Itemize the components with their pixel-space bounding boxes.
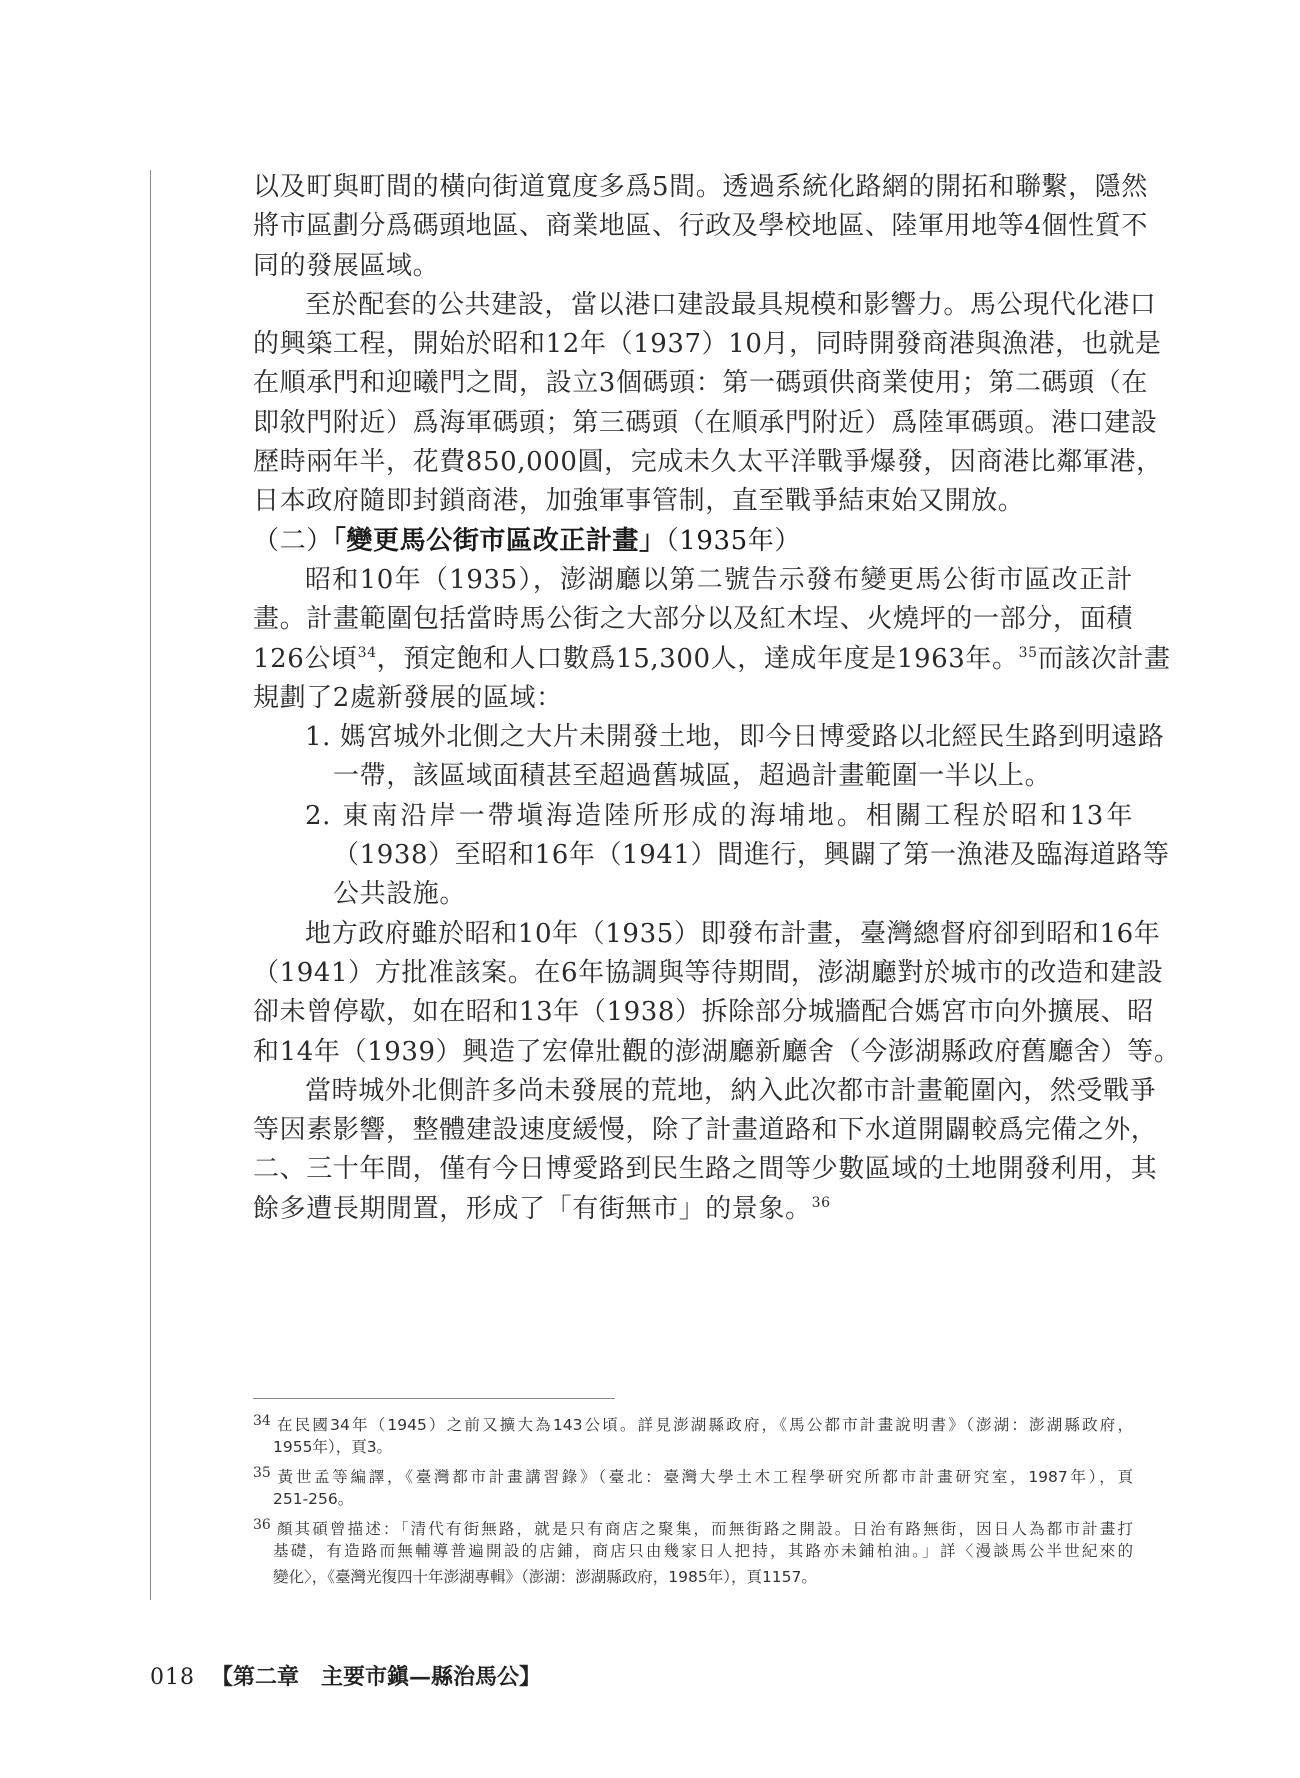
footnote-number: 35 [253,1465,271,1481]
text-line: 至於配套的公共建設，當以港口建設最具規模和影響力。馬公現代化港口 [253,286,1133,325]
footnote-36: 36顏其碩曾描述：「清代有街無路，就是只有商店之聚集，而無街路之開設。日治有路無… [253,1512,1133,1590]
text-line: 等因素影響，整體建設速度緩慢，除了計畫道路和下水道開闢較爲完備之外， [253,1111,1133,1150]
text-run: 126公頃 [253,644,358,674]
text-run: 餘多遭長期閒置，形成了「有街無市」的景象。 [253,1194,812,1224]
footnote-text: 在民國34年（1945）之前又擴大為143公頃。詳見澎湖縣政府，《馬公都市計畫說… [275,1416,1133,1434]
text-line: 規劃了2處新發展的區域： [253,679,1133,718]
footnote-34: 34在民國34年（1945）之前又擴大為143公頃。詳見澎湖縣政府，《馬公都市計… [253,1408,1133,1460]
footnote-ref-34[interactable]: 34 [358,645,377,661]
text-line: 即敘門附近）爲海軍碼頭；第三碼頭（在順承門附近）爲陸軍碼頭。港口建設 [253,404,1133,443]
text-line: 餘多遭長期閒置，形成了「有街無市」的景象。36 [253,1190,1133,1229]
section-heading: （二）「變更馬公街市區改正計畫」（1935年） [253,522,1133,561]
footnote-line: 基礎，有造路而無輔導普遍開設的店鋪，商店只由幾家日人把持，其路亦未鋪柏油。」詳〈… [253,1538,1133,1564]
footnote-ref-35[interactable]: 35 [1019,645,1038,661]
section-number: （二） [253,526,333,556]
paragraph: 當時城外北側許多尚未發展的荒地，納入此次都市計畫範圍內，然受戰爭 等因素影響，整… [253,1072,1133,1229]
footnote-number: 34 [253,1413,271,1429]
text-line: 公共設施。 [253,875,1133,914]
paragraph: 至於配套的公共建設，當以港口建設最具規模和影響力。馬公現代化港口 的興築工程，開… [253,286,1133,522]
text-line: 畫。計畫範圍包括當時馬公街之大部分以及紅木埕、火燒坪的一部分，面積 [253,600,1133,639]
footnote-35: 35黃世孟等編譯，《臺灣都市計畫講習錄》（臺北：臺灣大學土木工程學研究所都市計畫… [253,1460,1133,1512]
text-run: ，預定飽和人口數爲15,300人，達成年度是1963年。 [377,644,1019,674]
footnote-text: 顏其碩曾描述：「清代有街無路，就是只有商店之聚集，而無街路之開設。日治有路無街，… [275,1520,1133,1538]
text-line: 將市區劃分爲碼頭地區、商業地區、行政及學校地區、陸軍用地等4個性質不 [253,207,1133,246]
text-line: 一帶，該區域面積甚至超過舊城區，超過計畫範圍一半以上。 [253,757,1133,796]
footnote-line: 34在民國34年（1945）之前又擴大為143公頃。詳見澎湖縣政府，《馬公都市計… [253,1408,1133,1434]
section-year: （1935年） [666,526,801,556]
footnote-number: 36 [253,1517,271,1533]
text-line: 當時城外北側許多尚未發展的荒地，納入此次都市計畫範圍內，然受戰爭 [253,1072,1133,1111]
footnote-line: 變化〉，《臺灣光復四十年澎湖專輯》（澎湖：澎湖縣政府，1985年），頁1157。 [253,1564,1133,1590]
list-item: 2. 東南沿岸一帶塡海造陸所形成的海埔地。相關工程於昭和13年 （1938）至昭… [253,797,1133,915]
text-line: 卻未曾停歇，如在昭和13年（1938）拆除部分城牆配合媽宮市向外擴展、昭 [253,993,1133,1032]
footnote-line: 35黃世孟等編譯，《臺灣都市計畫講習錄》（臺北：臺灣大學土木工程學研究所都市計畫… [253,1460,1133,1486]
text-run: 而該次計畫 [1038,644,1171,674]
chapter-title: 【第二章 主要市鎭—縣治馬公】 [211,1664,541,1690]
paragraph: 地方政府雖於昭和10年（1935）即發布計畫，臺灣總督府卻到昭和16年 （194… [253,915,1133,1072]
text-line: 2. 東南沿岸一帶塡海造陸所形成的海埔地。相關工程於昭和13年 [253,797,1133,836]
page-footer: 018【第二章 主要市鎭—縣治馬公】 [150,1660,541,1691]
text-line: （1941）方批准該案。在6年協調與等待期間，澎湖廳對於城市的改造和建設 [253,954,1133,993]
text-line: 在順承門和迎曦門之間，設立3個碼頭：第一碼頭供商業使用；第二碼頭（在 [253,364,1133,403]
text-line: 二、三十年間，僅有今日博愛路到民生路之間等少數區域的土地開發利用，其 [253,1150,1133,1189]
text-line: （1938）至昭和16年（1941）間進行，興闢了第一漁港及臨海道路等 [253,836,1133,875]
text-line: 日本政府隨即封鎖商港，加強軍事管制，直至戰爭結束始又開放。 [253,482,1133,521]
footnote-ref-36[interactable]: 36 [812,1195,831,1211]
footnotes: 34在民國34年（1945）之前又擴大為143公頃。詳見澎湖縣政府，《馬公都市計… [253,1408,1133,1590]
numbered-list: 1. 媽宮城外北側之大片未開發土地，即今日博愛路以北經民生路到明遠路 一帶，該區… [253,718,1133,914]
footnote-line: 36顏其碩曾描述：「清代有街無路，就是只有商店之聚集，而無街路之開設。日治有路無… [253,1512,1133,1538]
text-line: 和14年（1939）興造了宏偉壯觀的澎湖廳新廳舍（今澎湖縣政府舊廳舍）等。 [253,1033,1133,1072]
footnote-line: 251-256。 [253,1486,1133,1512]
section-title: 「變更馬公街市區改正計畫」 [333,526,666,556]
text-line: 歷時兩年半，花費850,000圓，完成未久太平洋戰爭爆發，因商港比鄰軍港， [253,443,1133,482]
list-item: 1. 媽宮城外北側之大片未開發土地，即今日博愛路以北經民生路到明遠路 一帶，該區… [253,718,1133,797]
body-text: 以及町與町間的橫向街道寬度多爲5間。透過系統化路網的開拓和聯繫，隱然 將市區劃分… [253,168,1133,1229]
footnote-line: 1955年），頁3。 [253,1434,1133,1460]
text-line: 126公頃34，預定飽和人口數爲15,300人，達成年度是1963年。35而該次… [253,640,1133,679]
text-line: 昭和10年（1935），澎湖廳以第二號告示發布變更馬公街市區改正計 [253,561,1133,600]
text-line: 以及町與町間的橫向街道寬度多爲5間。透過系統化路網的開拓和聯繫，隱然 [253,168,1133,207]
margin-rule [150,170,151,1600]
paragraph: 以及町與町間的橫向街道寬度多爲5間。透過系統化路網的開拓和聯繫，隱然 將市區劃分… [253,168,1133,286]
footnote-rule [253,1398,615,1399]
text-line: 1. 媽宮城外北側之大片未開發土地，即今日博愛路以北經民生路到明遠路 [253,718,1133,757]
text-line: 的興築工程，開始於昭和12年（1937）10月，同時開發商港與漁港，也就是 [253,325,1133,364]
paragraph: 昭和10年（1935），澎湖廳以第二號告示發布變更馬公街市區改正計 畫。計畫範圍… [253,561,1133,718]
text-line: 同的發展區域。 [253,247,1133,286]
footnote-text: 黃世孟等編譯，《臺灣都市計畫講習錄》（臺北：臺灣大學土木工程學研究所都市計畫研究… [275,1468,1133,1486]
page-number: 018 [150,1665,195,1690]
text-line: 地方政府雖於昭和10年（1935）即發布計畫，臺灣總督府卻到昭和16年 [253,915,1133,954]
